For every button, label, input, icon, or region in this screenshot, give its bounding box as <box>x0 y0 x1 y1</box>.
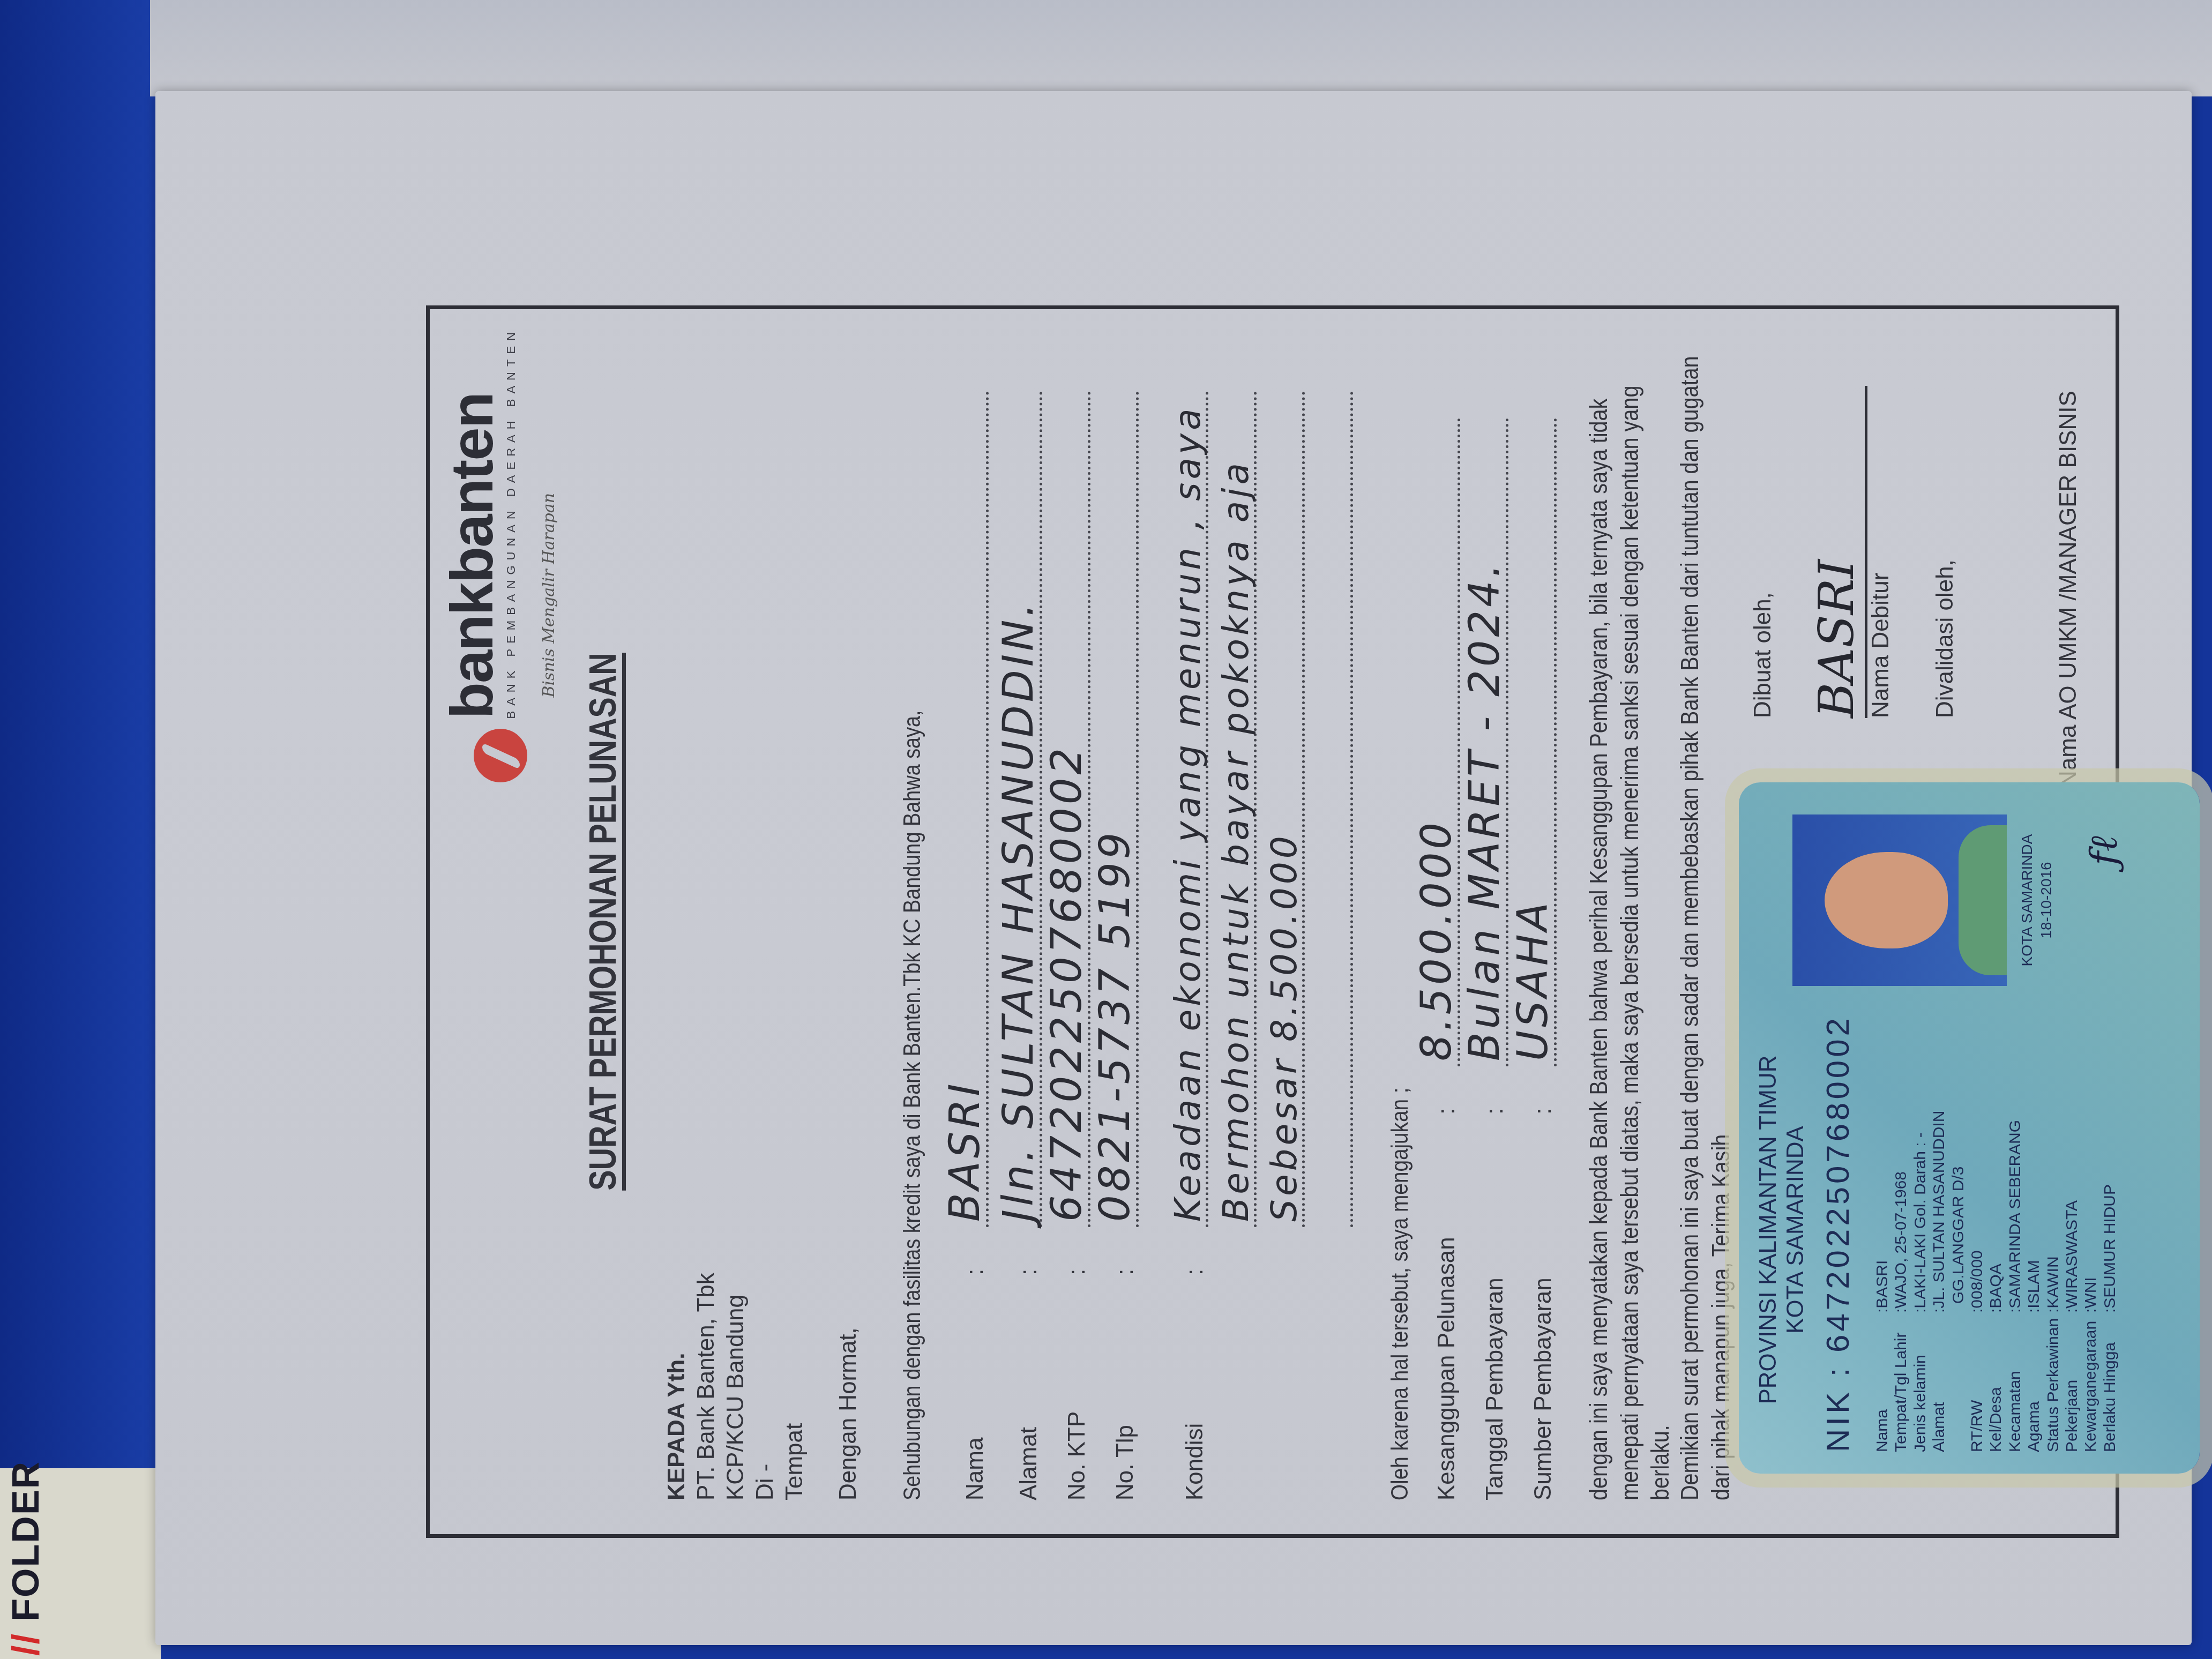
field-kondisi-line-3: Sebesar 8.500.000 <box>1257 391 1305 1500</box>
field-kondisi-line-2: Bermohon untuk bayar pokoknya aja <box>1208 391 1257 1500</box>
bank-logo: bankbanten BANK PEMBANGUNAN DAERAH BANTE… <box>442 327 558 782</box>
validated-by-label: Divalidasi oleh, <box>1932 559 1959 718</box>
validated-by-block: Divalidasi oleh, <box>1932 559 1959 718</box>
kesanggupan-value[interactable]: 8.500.000 <box>1416 418 1460 1066</box>
brand-name: bankbanten <box>442 327 502 719</box>
ktp-value[interactable]: 6472022507680002 <box>1046 391 1090 1227</box>
recipient-line: Tempat <box>780 343 809 1500</box>
kondisi-value[interactable]: Keadaan ekonomi yang menurun , saya <box>1170 391 1208 1227</box>
kondisi-value-line[interactable]: Sebesar 8.500.000 <box>1267 391 1305 1227</box>
field-kondisi-line-4 <box>1305 391 1353 1500</box>
declaration-text: dengan ini saya menyatakan kepada Bank B… <box>1583 348 1676 1500</box>
recipient-line: KCP/KCU Bandung <box>721 343 750 1500</box>
field-kondisi: Kondisi : Keadaan ekonomi yang menurun ,… <box>1160 391 1208 1500</box>
folder-cover <box>0 0 161 1659</box>
ktp-id-card: PROVINSI KALIMANTAN TIMUR KOTA SAMARINDA… <box>1739 782 2200 1474</box>
nama-value[interactable]: BASRI <box>944 391 989 1227</box>
tlp-value[interactable]: 0821-5737 5199 <box>1094 391 1139 1227</box>
field-alamat: Alamat : Jln. SULTAN HASANUDDIN. <box>994 391 1042 1500</box>
bankbanten-logo-icon <box>474 729 527 782</box>
field-tanggal: Tanggal Pembayaran : Bulan MARET - 2024. <box>1460 418 1508 1500</box>
validator-caption: Nama AO UMKM /MANAGER BISNIS <box>2055 391 2082 788</box>
greeting: Dengan Hormat, <box>833 343 863 1500</box>
recipient-line: Di - <box>750 343 780 1500</box>
made-by-block: Dibuat oleh, BASRI Nama Debitur <box>1750 386 1894 718</box>
made-by-label: Dibuat oleh, <box>1750 386 1776 718</box>
document-page: bankbanten BANK PEMBANGUNAN DAERAH BANTE… <box>426 305 2119 1538</box>
recipient-heading: KEPADA Yth. <box>662 343 691 1500</box>
ktp-signature: ƒℓ <box>2082 836 2126 865</box>
sumber-value[interactable]: USAHA <box>1512 418 1557 1066</box>
ktp-face <box>1825 852 1948 948</box>
validator-caption-block: Nama AO UMKM /MANAGER BISNIS <box>2055 391 2082 788</box>
field-kesanggupan: Kesanggupan Pelunasan : 8.500.000 <box>1412 418 1460 1500</box>
tanggal-value[interactable]: Bulan MARET - 2024. <box>1464 418 1508 1066</box>
kondisi-value-line[interactable] <box>1313 391 1353 1227</box>
kondisi-value-line[interactable]: Bermohon untuk bayar pokoknya aja <box>1219 391 1257 1227</box>
recipient-block: KEPADA Yth. PT. Bank Banten, Tbk KCP/KCU… <box>662 343 809 1500</box>
sheet-top-edge <box>150 0 2212 96</box>
intro-text: Sehubungan dengan fasilitas kredit saya … <box>898 394 927 1500</box>
ktp-photo <box>1792 814 2007 986</box>
folder-label-text: // FOLDER <box>4 1461 47 1656</box>
field-ktp: No. KTP : 6472022507680002 <box>1042 391 1090 1500</box>
field-nama: Nama : BASRI <box>940 391 989 1500</box>
debtor-caption: Nama Debitur <box>1865 386 1894 718</box>
page-title: SURAT PERMOHONAN PELUNASAN <box>581 416 624 1427</box>
ktp-details: Nama: BASRI Tempat/Tgl Lahir: WAJO, 25-0… <box>1873 1111 2119 1452</box>
ktp-issue: KOTA SAMARINDA 18-10-2016 <box>2017 814 2057 986</box>
brand-tagline: Bisnis Mengalir Harapan <box>540 327 558 698</box>
field-sumber: Sumber Pembayaran : USAHA <box>1508 418 1557 1500</box>
ktp-nik: NIK : 6472022507680002 <box>1819 1015 1856 1452</box>
debtor-signature: BASRI <box>1809 386 1865 718</box>
recipient-line: PT. Bank Banten, Tbk <box>691 343 721 1500</box>
ktp-header: PROVINSI KALIMANTAN TIMUR KOTA SAMARINDA <box>1755 986 1809 1474</box>
request-intro: Oleh karena hal tersebut, saya mengajuka… <box>1385 482 1415 1500</box>
closing-text: Demikian surat permohonan ini saya buat … <box>1675 348 1736 1500</box>
field-tlp: No. Tlp : 0821-5737 5199 <box>1090 391 1139 1500</box>
alamat-value[interactable]: Jln. SULTAN HASANUDDIN. <box>998 391 1042 1227</box>
brand-subtitle: BANK PEMBANGUNAN DAERAH BANTEN <box>504 327 518 719</box>
